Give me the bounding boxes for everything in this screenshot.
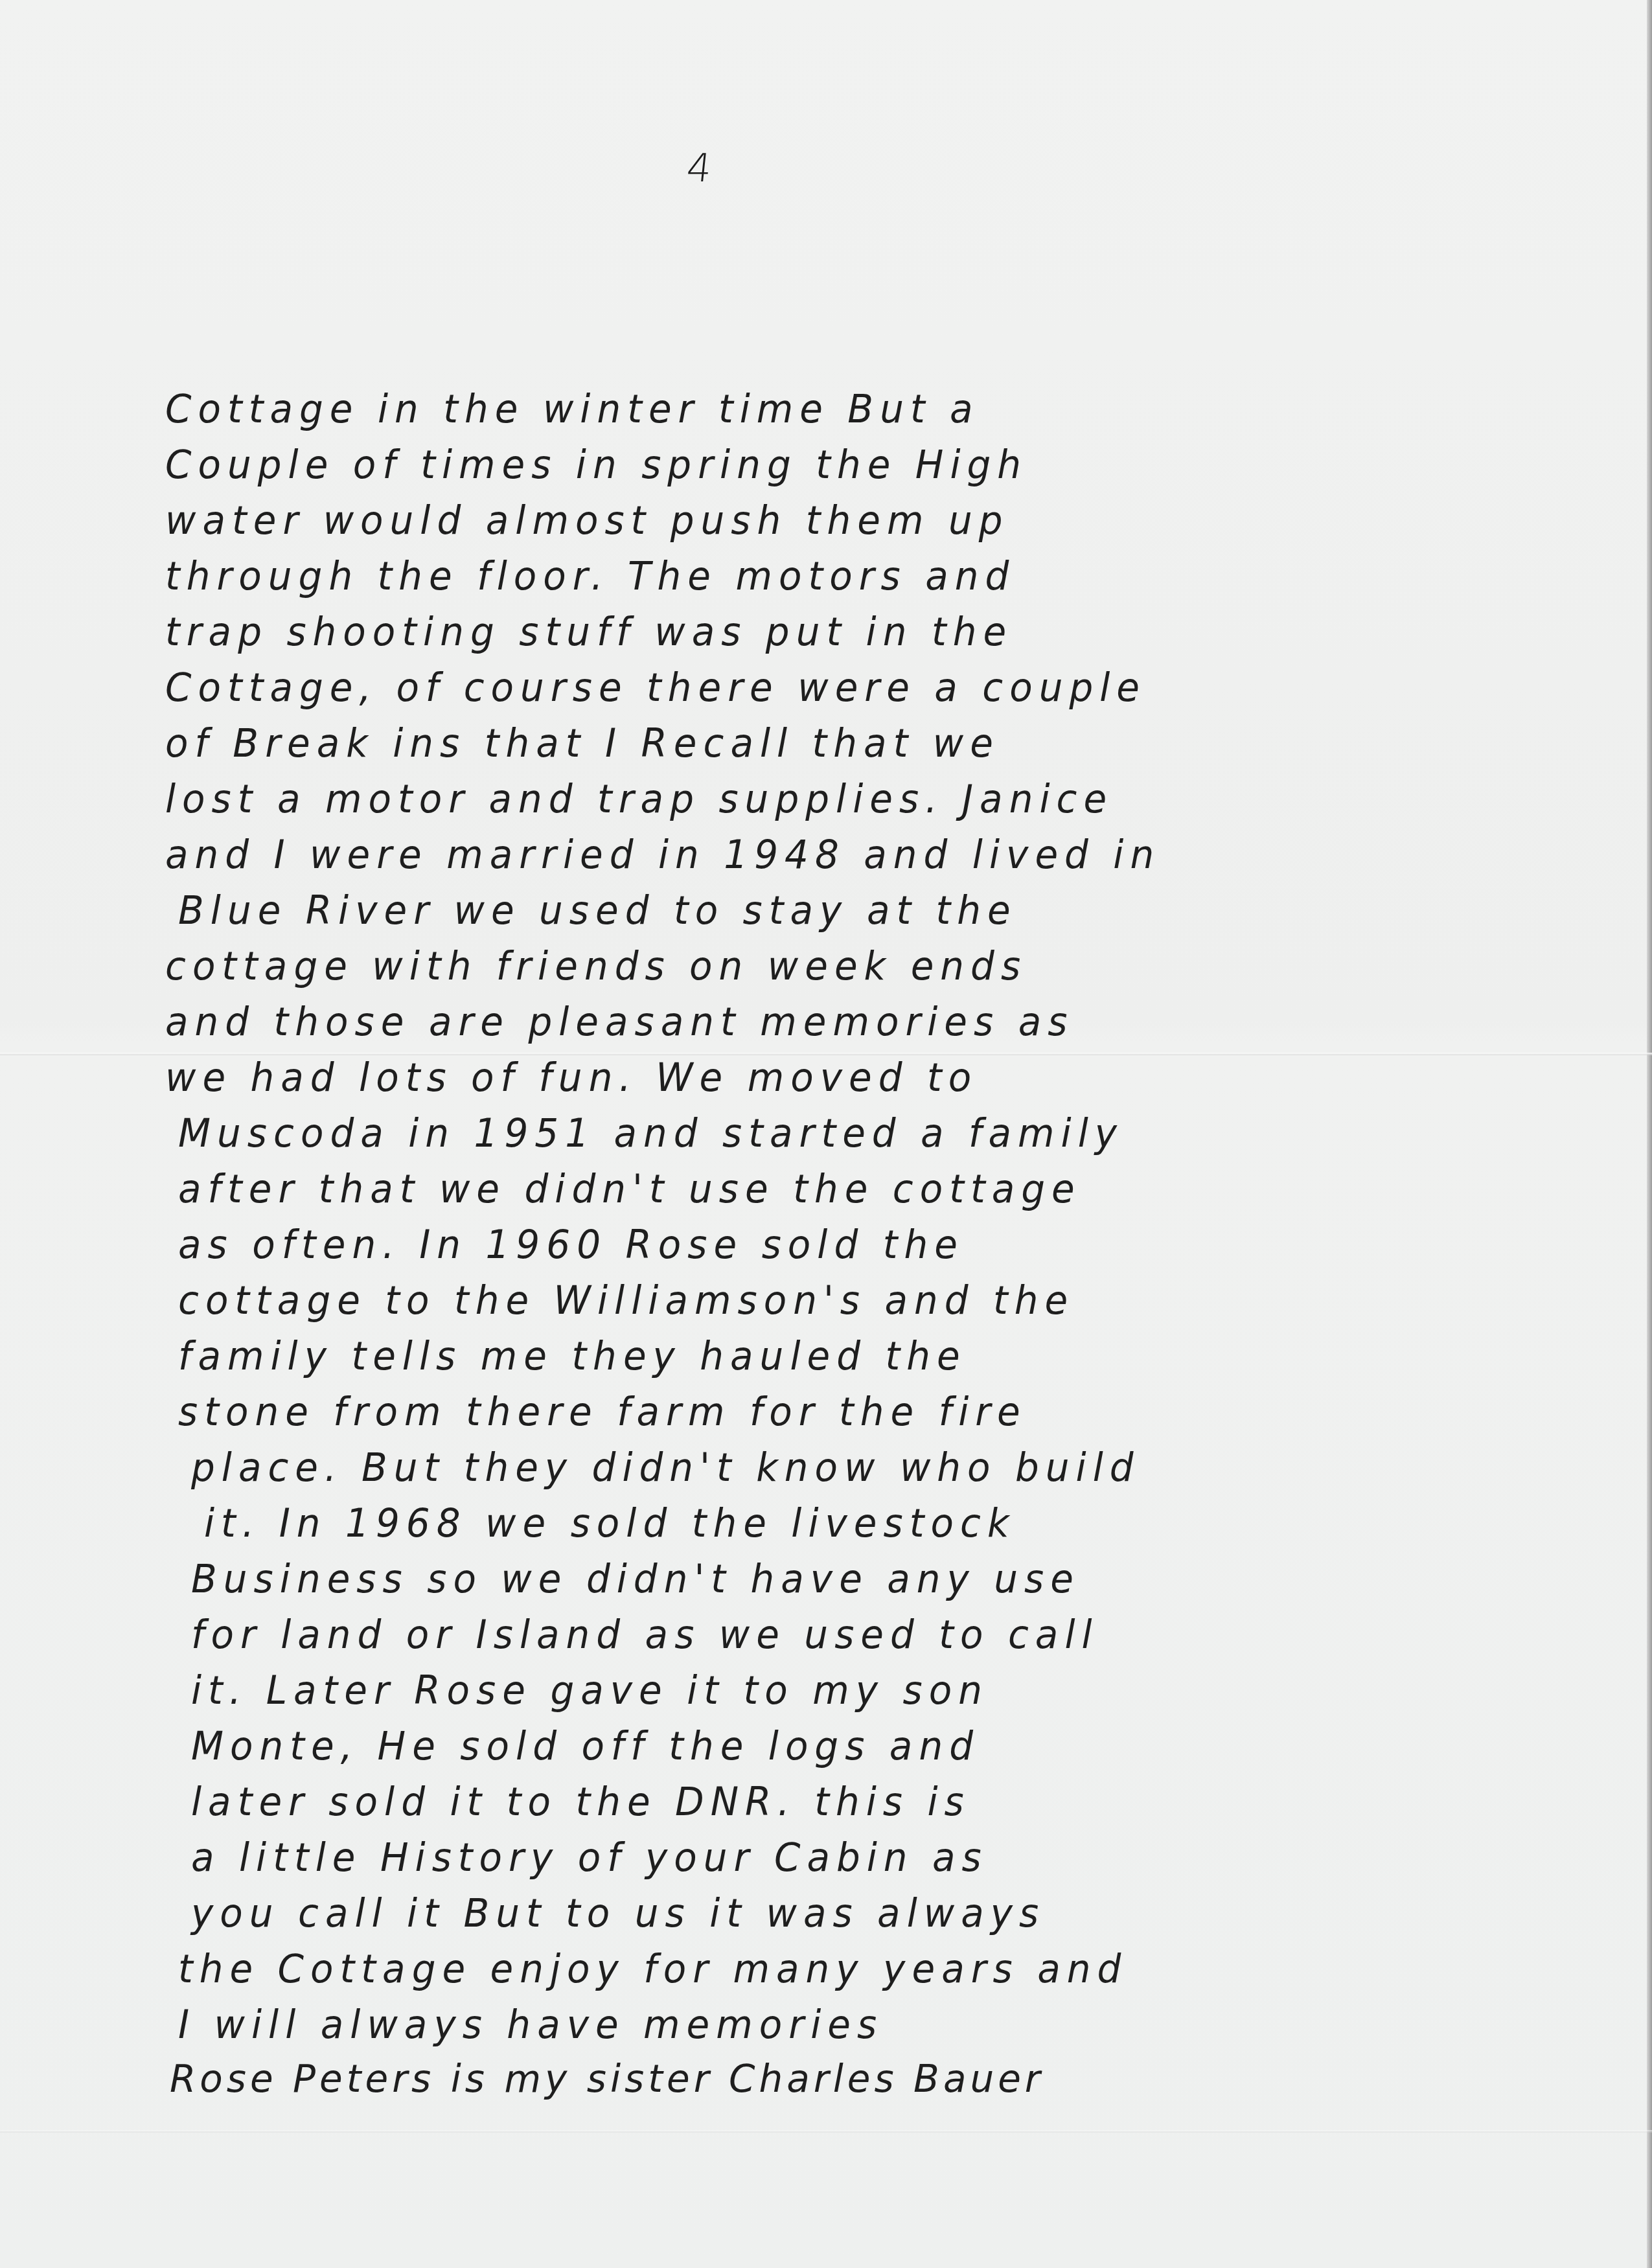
text-line: it. In 1968 we sold the livestock <box>165 1500 1526 1558</box>
text-line: Blue River we used to stay at the <box>165 887 1526 945</box>
text-line: water would almost push them up <box>165 497 1526 555</box>
text-line: later sold it to the DNR. this is <box>165 1778 1526 1837</box>
text-line: family tells me they hauled the <box>165 1333 1526 1391</box>
scan-edge <box>1647 0 1652 2268</box>
text-line: it. Later Rose gave it to my son <box>165 1667 1526 1725</box>
text-line: through the floor. The motors and <box>165 553 1526 611</box>
text-line: stone from there farm for the fire <box>165 1388 1526 1447</box>
text-line: Business so we didn't have any use <box>165 1555 1526 1614</box>
text-line: you call it But to us it was always <box>165 1890 1526 1948</box>
text-line: of Break ins that I Recall that we <box>165 720 1526 778</box>
text-line: place. But they didn't know who build <box>165 1444 1526 1502</box>
text-line: trap shooting stuff was put in the <box>165 608 1526 667</box>
paper-fold-line <box>0 2130 1652 2133</box>
text-line: I will always have memories <box>165 2001 1526 2059</box>
text-line: cottage with friends on week ends <box>165 943 1526 1001</box>
text-line: cottage to the Williamson's and the <box>165 1277 1526 1335</box>
letter-body: Cottage in the winter time But a Couple … <box>165 385 1526 2057</box>
text-line: and I were married in 1948 and lived in <box>165 831 1526 889</box>
text-line: lost a motor and trap supplies. Janice <box>165 775 1526 834</box>
text-line: as often. In 1960 Rose sold the <box>165 1221 1526 1279</box>
text-line: Cottage, of course there were a couple <box>165 664 1526 722</box>
page-marker: 4 <box>684 146 714 191</box>
text-line: Monte, He sold off the logs and <box>165 1723 1526 1781</box>
signature: Rose Peters is my sister Charles Bauer <box>170 2057 1044 2101</box>
text-line: the Cottage enjoy for many years and <box>165 1945 1526 2004</box>
letter-page: 4 Cottage in the winter time But a Coupl… <box>0 0 1652 2268</box>
text-line: Muscoda in 1951 and started a family <box>165 1110 1526 1168</box>
text-line: for land or Island as we used to call <box>165 1611 1526 1669</box>
text-line: after that we didn't use the cottage <box>165 1165 1526 1224</box>
text-line: Cottage in the winter time But a <box>165 385 1526 444</box>
text-line: a little History of your Cabin as <box>165 1834 1526 1892</box>
text-line: and those are pleasant memories as <box>165 998 1526 1057</box>
text-line: Couple of times in spring the High <box>165 441 1526 499</box>
text-line: we had lots of fun. We moved to <box>165 1054 1526 1112</box>
